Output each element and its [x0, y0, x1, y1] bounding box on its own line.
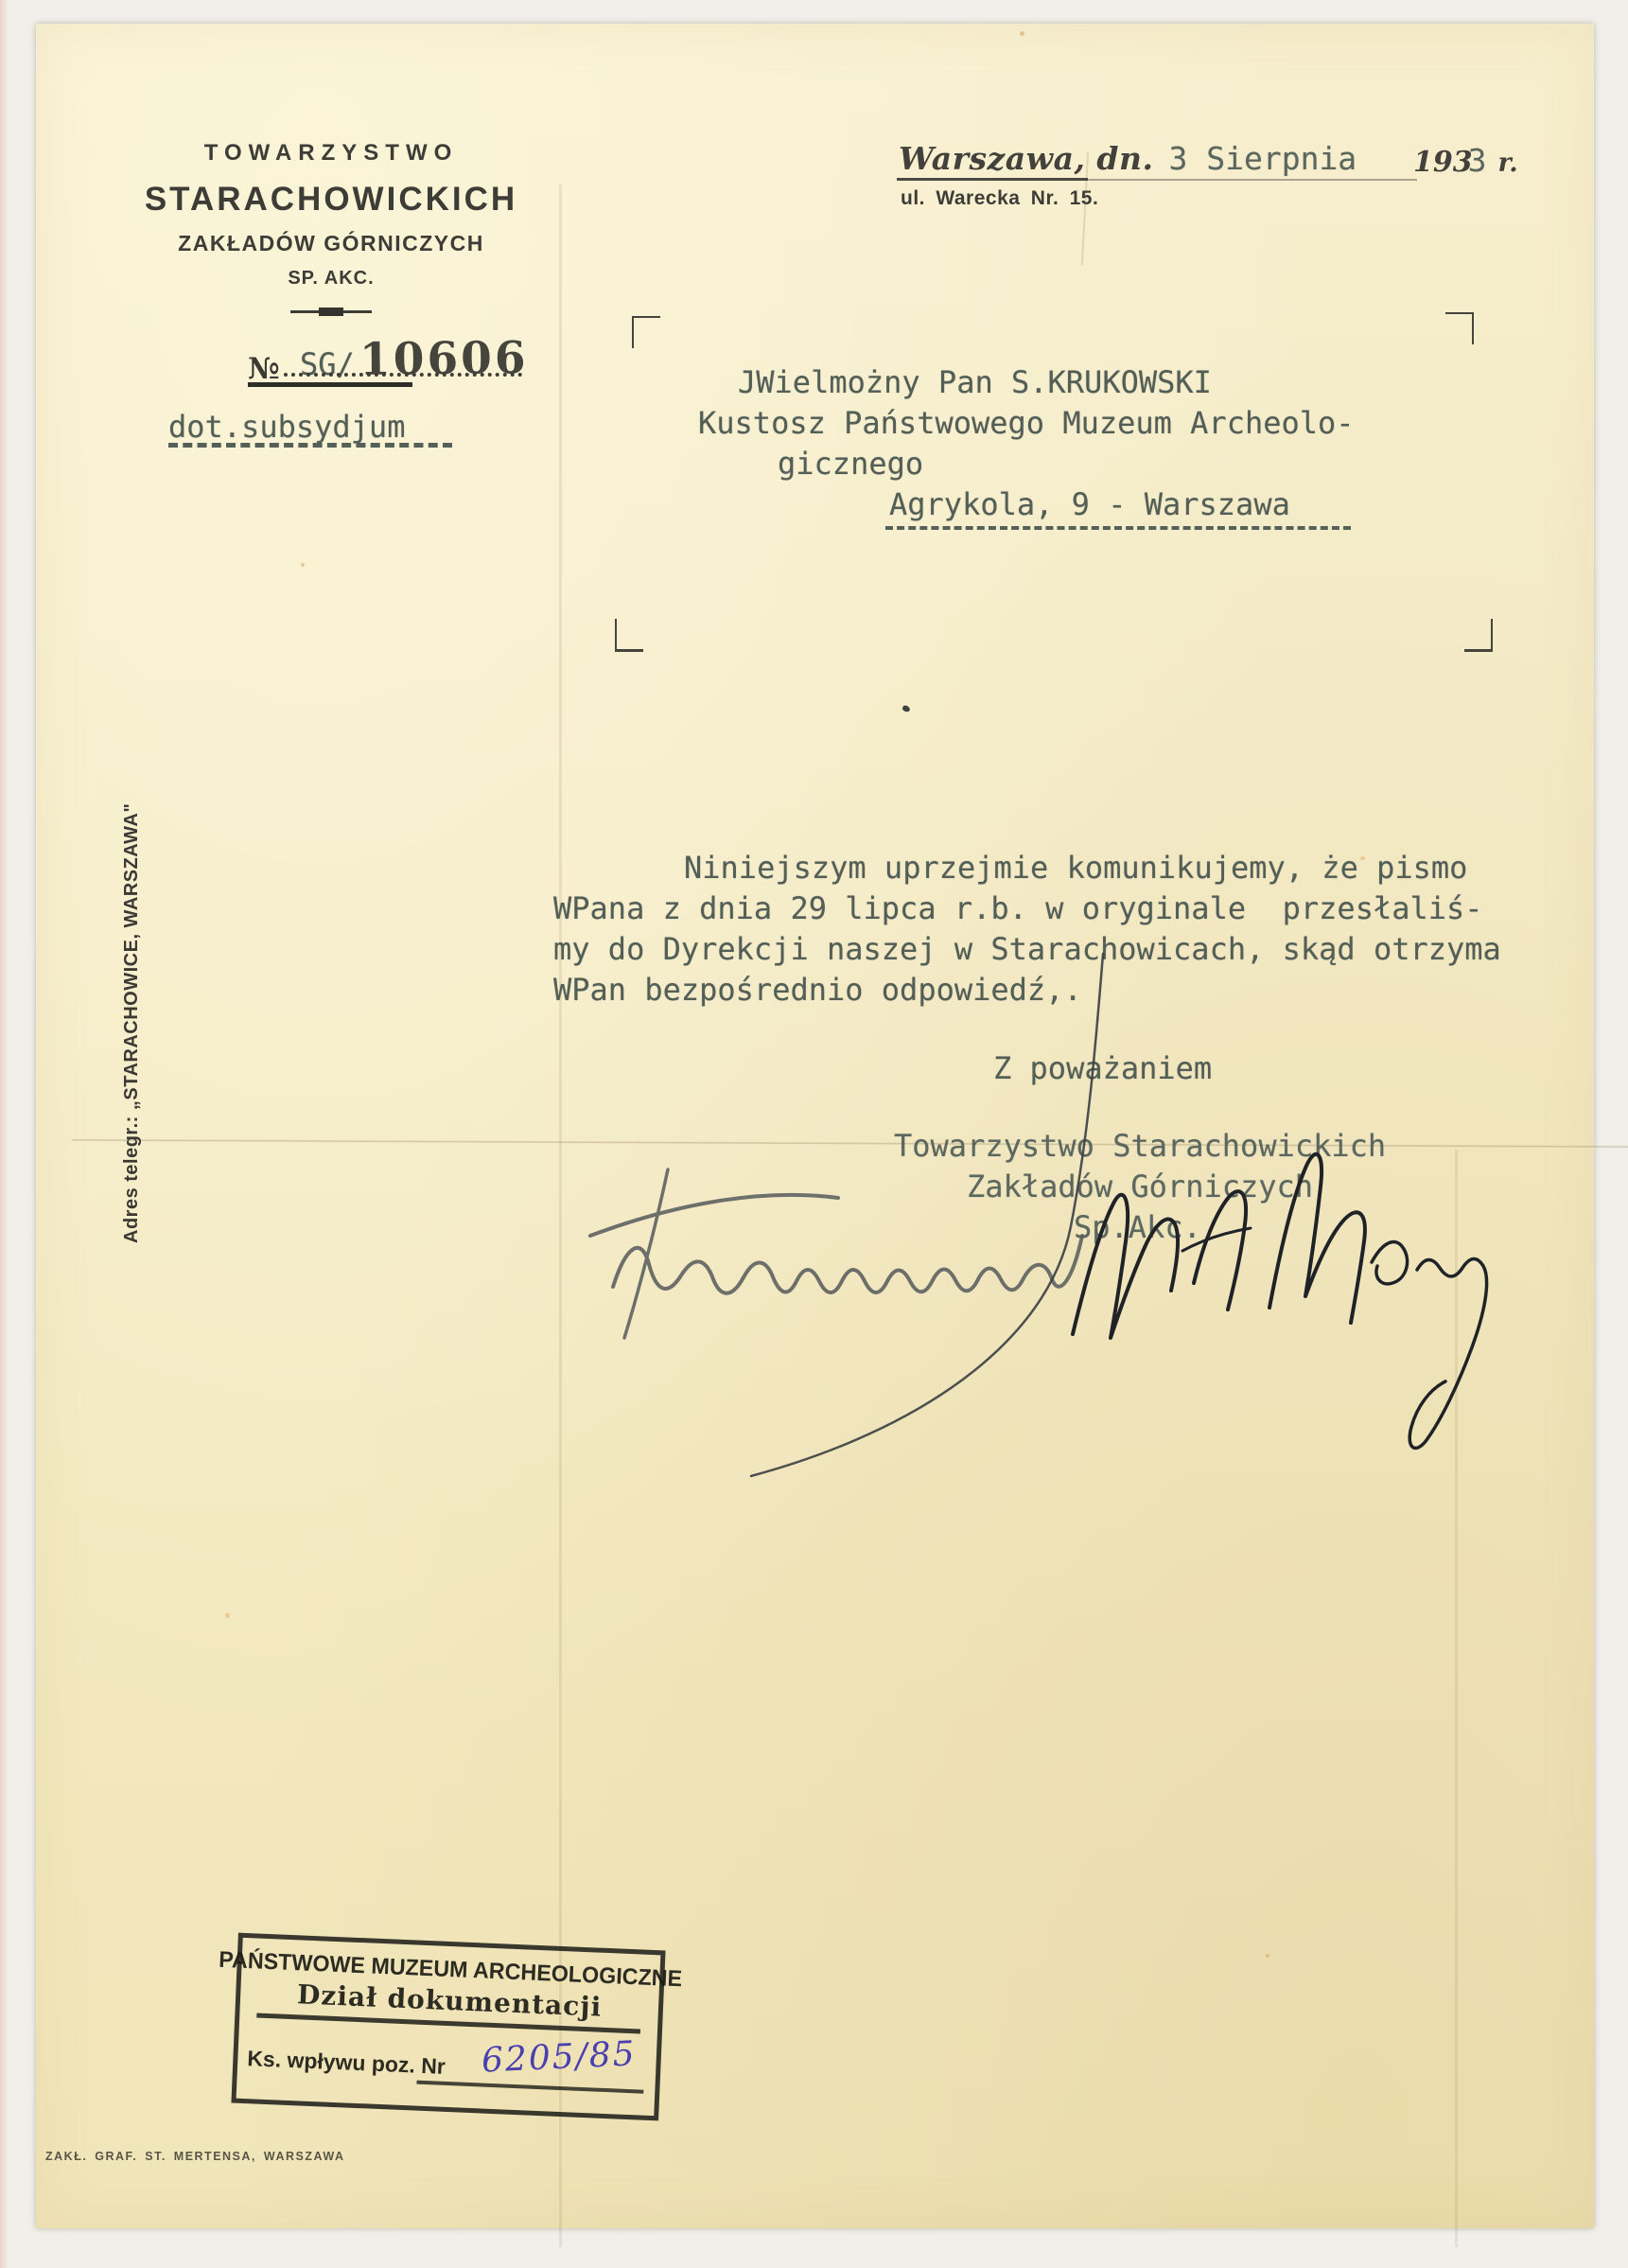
- museum-stamp: PAŃSTWOWE MUZEUM ARCHEOLOGICZNE Dział do…: [231, 1933, 665, 2121]
- telegraph-address-note: Adres telegr.: „STARACHOWICE, WARSZAWA": [121, 799, 143, 1243]
- reference-dotted-leader: [284, 373, 522, 377]
- recipient-line-4: Agrykola, 9 - Warszawa: [889, 486, 1290, 522]
- stamp-entry-number-handwritten: 6205/85: [481, 2034, 637, 2080]
- body-line-1: Niniejszym uprzejmie komunikujemy, że pi…: [684, 850, 1467, 886]
- dateline-rule-faint: [1088, 179, 1417, 181]
- fold-crease-vertical-left: [559, 185, 562, 2247]
- address-window-corner-top-right: [1445, 312, 1474, 344]
- paper-speck: [1266, 1954, 1269, 1958]
- scanned-letter-page: TOWARZYSTWO STARACHOWICKICH ZAKŁADÓW GÓR…: [0, 0, 1628, 2268]
- reference-number-stamped: 10606: [359, 332, 529, 386]
- paper-speck: [1020, 31, 1024, 36]
- closing-salutation: Z poważaniem: [993, 1050, 1212, 1086]
- scan-edge-tint: [0, 0, 9, 2268]
- dateline-rule: [897, 178, 1088, 181]
- letterhead-ornament-bar: [319, 308, 343, 316]
- dateline: Warszawa, dn. 3 Sierpnia: [899, 140, 1357, 177]
- reference-underline: [248, 382, 412, 387]
- stamp-blank-line: [416, 2081, 643, 2094]
- closing-company-line-3: Sp.Akc.: [1074, 1209, 1201, 1245]
- fold-crease-vertical-right: [1455, 1150, 1458, 2247]
- letterhead-line-starachowickich: STARACHOWICKICH: [123, 181, 539, 219]
- letterhead-line-towarzystwo: TOWARZYSTWO: [123, 140, 539, 167]
- address-window-corner-bottom-left: [615, 619, 643, 652]
- street-address: ul. Warecka Nr. 15.: [901, 187, 1098, 210]
- paper-speck: [301, 563, 305, 567]
- recipient-dashed-rule: [885, 526, 1351, 530]
- printer-imprint: ZAKŁ. GRAF. ST. MERTENSA, WARSZAWA: [45, 2150, 344, 2163]
- recipient-line-1: JWielmożny Pan S.KRUKOWSKI: [738, 364, 1212, 400]
- letterhead-line-sp-akc: SP. AKC.: [123, 268, 539, 290]
- subject-line: dot.subsydjum: [168, 409, 405, 445]
- recipient-line-2: Kustosz Państwowego Muzeum Archeolo-: [698, 405, 1355, 441]
- stamp-entry-row: Ks. wpływu poz. Nr 6205/85: [247, 2032, 647, 2088]
- body-line-2: WPana z dnia 29 lipca r.b. w oryginale p…: [553, 890, 1483, 926]
- year-printed: 193: [1413, 146, 1473, 179]
- body-line-3: my do Dyrekcji naszej w Starachowicach, …: [553, 931, 1501, 967]
- address-window-corner-bottom-right: [1464, 619, 1493, 652]
- paper-speck: [225, 1613, 230, 1618]
- year-typed-digit: 3: [1468, 142, 1487, 179]
- year-suffix: r.: [1498, 149, 1518, 178]
- recipient-line-3: gicznego: [778, 446, 923, 482]
- closing-company-line-1: Towarzystwo Starachowickich: [894, 1128, 1386, 1164]
- stamp-entry-label: Ks. wpływu poz. Nr: [247, 2046, 446, 2080]
- subject-dashed-rule: [168, 443, 452, 448]
- dateline-date-typed: 3 Sierpnia: [1169, 140, 1357, 177]
- letterhead: TOWARZYSTWO STARACHOWICKICH ZAKŁADÓW GÓR…: [123, 140, 539, 313]
- reference-prefix-typed: SG/: [300, 346, 355, 382]
- reference-number-sign: №: [248, 352, 280, 386]
- dateline-city-printed: Warszawa, dn.: [899, 140, 1154, 177]
- dateline-year: 193 3 r.: [1413, 142, 1518, 179]
- ink-speck: [902, 705, 911, 712]
- letterhead-line-zakladow: ZAKŁADÓW GÓRNICZYCH: [123, 231, 539, 255]
- address-window-corner-top-left: [632, 316, 660, 348]
- closing-company-line-2: Zakładów Górniczych: [967, 1169, 1313, 1204]
- letterhead-ornament: [290, 310, 372, 313]
- body-line-4: WPan bezpośrednio odpowiedź,.: [553, 972, 1082, 1008]
- fold-crease-horizontal: [72, 1138, 1628, 1148]
